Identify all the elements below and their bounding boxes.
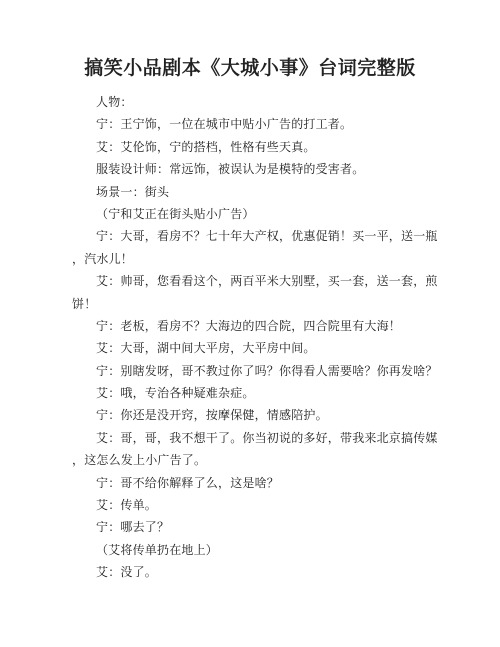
- script-line: ，汽水儿！: [72, 248, 442, 270]
- script-line: 宁：王宁饰，一位在城市中贴小广告的打工者。: [72, 113, 442, 135]
- script-line: 艾：艾伦饰，宁的搭档，性格有些天真。: [72, 136, 442, 158]
- script-line: 饼！: [72, 293, 442, 315]
- script-line: （艾将传单扔在地上）: [72, 539, 442, 561]
- document-page: 搞笑小品剧本《大城小事》台词完整版 人物： 宁：王宁饰，一位在城市中贴小广告的打…: [0, 0, 500, 647]
- script-line: （宁和艾正在街头贴小广告）: [72, 203, 442, 225]
- script-line: 艾：传单。: [72, 494, 442, 516]
- script-line: 宁：大哥，看房不？七十年大产权，优惠促销！买一平，送一瓶: [72, 225, 442, 247]
- script-line: 宁：你还是没开窍，按摩保健，情感陪护。: [72, 404, 442, 426]
- script-line: 艾：帅哥，您看看这个，两百平米大别墅，买一套，送一套，煎: [72, 270, 442, 292]
- script-line: 服装设计师：常远饰，被误认为是模特的受害者。: [72, 158, 442, 180]
- script-body: 人物： 宁：王宁饰，一位在城市中贴小广告的打工者。 艾：艾伦饰，宁的搭档，性格有…: [72, 91, 442, 584]
- script-line: 场景一：街头: [72, 181, 442, 203]
- script-line: 艾：大哥，湖中间大平房，大平房中间。: [72, 337, 442, 359]
- script-line: 艾：哥，哥，我不想干了。你当初说的多好，带我来北京搞传媒: [72, 427, 442, 449]
- script-line: ，这怎么发上小广告了。: [72, 449, 442, 471]
- script-line: 艾：哦，专治各种疑难杂症。: [72, 382, 442, 404]
- document-title: 搞笑小品剧本《大城小事》台词完整版: [58, 53, 442, 85]
- script-line: 人物：: [72, 91, 442, 113]
- script-line: 艾：没了。: [72, 561, 442, 583]
- script-line: 宁：别瞎发呀，哥不教过你了吗？你得看人需要啥？你再发啥？: [72, 360, 442, 382]
- script-line: 宁：老板，看房不？大海边的四合院，四合院里有大海！: [72, 315, 442, 337]
- script-line: 宁：哥不给你解释了么，这是啥？: [72, 472, 442, 494]
- script-line: 宁：哪去了？: [72, 516, 442, 538]
